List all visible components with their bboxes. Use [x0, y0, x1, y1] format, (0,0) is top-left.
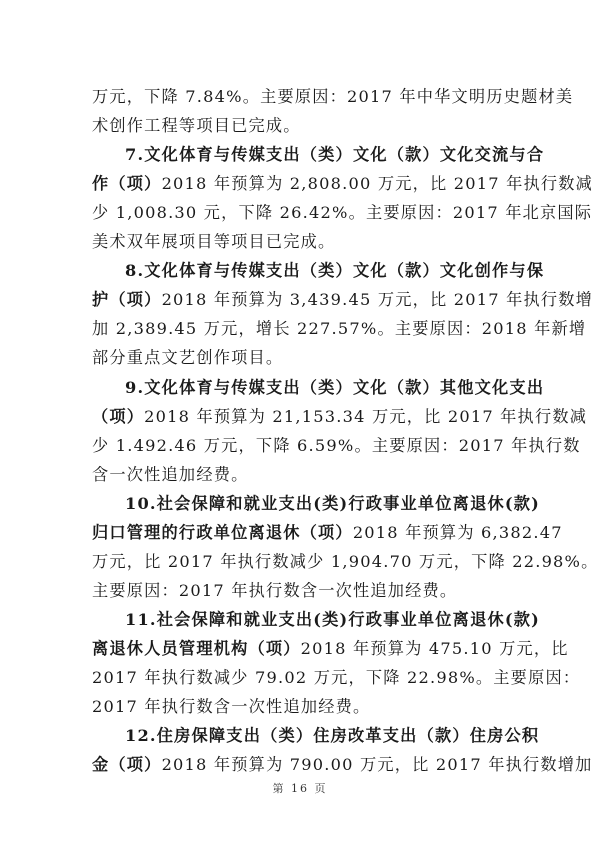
- text-line: 美术双年展项目等项目已完成。: [92, 227, 512, 257]
- heading-segment: （项）: [92, 407, 144, 426]
- text-line: 术创作工程等项目已完成。: [92, 111, 512, 141]
- text-line: 护（项）2018 年预算为 3,439.45 万元，比 2017 年执行数增: [92, 285, 512, 315]
- text-line: 12.住房保障支出（类）住房改革支出（款）住房公积: [125, 721, 512, 751]
- text-line: 含一次性追加经费。: [92, 460, 512, 490]
- body-segment: 加 2,389.45 万元，增长 227.57%。主要原因：2018 年新增: [92, 319, 586, 338]
- body-segment: 2018 年预算为 21,153.34 万元，比 2017 年执行数减: [144, 407, 587, 426]
- text-line: 部分重点文艺创作项目。: [92, 343, 512, 373]
- text-line: 2017 年执行数含一次性追加经费。: [92, 692, 512, 722]
- heading-segment: 归口管理的行政单位离退休（项）: [92, 523, 353, 542]
- page-number: 第 16 页: [0, 780, 600, 796]
- text-line: 归口管理的行政单位离退休（项）2018 年预算为 6,382.47: [92, 518, 512, 548]
- heading-segment: 作（项）: [92, 174, 162, 193]
- text-line: 金（项）2018 年预算为 790.00 万元，比 2017 年执行数增加: [92, 750, 512, 780]
- text-line: 万元，比 2017 年执行数减少 1,904.70 万元，下降 22.98%。: [92, 547, 512, 577]
- text-line: 加 2,389.45 万元，增长 227.57%。主要原因：2018 年新增: [92, 314, 512, 344]
- body-segment: 2018 年预算为 475.10 万元，比: [301, 639, 569, 658]
- body-segment: 万元，下降 7.84%。主要原因：2017 年中华文明历史题材美: [92, 87, 573, 106]
- text-line: 7.文化体育与传媒支出（类）文化（款）文化交流与合: [125, 140, 512, 170]
- text-line: 主要原因：2017 年执行数含一次性追加经费。: [92, 576, 512, 606]
- heading-segment: 7.文化体育与传媒支出（类）文化（款）文化交流与合: [125, 145, 544, 164]
- heading-segment: 金（项）: [92, 755, 162, 774]
- text-line: 少 1,008.30 元，下降 26.42%。主要原因：2017 年北京国际: [92, 198, 512, 228]
- document-page: 万元，下降 7.84%。主要原因：2017 年中华文明历史题材美术创作工程等项目…: [0, 0, 600, 848]
- body-segment: 术创作工程等项目已完成。: [92, 116, 301, 135]
- body-segment: 2018 年预算为 2,808.00 万元，比 2017 年执行数减: [162, 174, 593, 193]
- heading-segment: 11.社会保障和就业支出(类)行政事业单位离退休(款): [125, 610, 540, 629]
- body-segment: 少 1,008.30 元，下降 26.42%。主要原因：2017 年北京国际: [92, 203, 592, 222]
- heading-segment: 离退休人员管理机构（项）: [92, 639, 301, 658]
- text-line: 11.社会保障和就业支出(类)行政事业单位离退休(款): [125, 605, 512, 635]
- heading-segment: 护（项）: [92, 290, 162, 309]
- text-line: 8.文化体育与传媒支出（类）文化（款）文化创作与保: [125, 256, 512, 286]
- body-segment: 主要原因：2017 年执行数含一次性追加经费。: [92, 581, 457, 600]
- heading-segment: 10.社会保障和就业支出(类)行政事业单位离退休(款): [125, 494, 540, 513]
- heading-segment: 12.住房保障支出（类）住房改革支出（款）住房公积: [125, 726, 539, 745]
- body-segment: 2017 年执行数含一次性追加经费。: [92, 697, 370, 716]
- text-line: 少 1.492.46 万元，下降 6.59%。主要原因：2017 年执行数: [92, 431, 512, 461]
- body-segment: 2017 年执行数减少 79.02 万元，下降 22.98%。主要原因：: [92, 668, 580, 687]
- text-line: （项）2018 年预算为 21,153.34 万元，比 2017 年执行数减: [92, 402, 512, 432]
- body-segment: 2018 年预算为 6,382.47: [353, 523, 563, 542]
- body-segment: 部分重点文艺创作项目。: [92, 348, 283, 367]
- text-line: 万元，下降 7.84%。主要原因：2017 年中华文明历史题材美: [92, 82, 512, 112]
- body-segment: 美术双年展项目等项目已完成。: [92, 232, 335, 251]
- text-line: 作（项）2018 年预算为 2,808.00 万元，比 2017 年执行数减: [92, 169, 512, 199]
- heading-segment: 8.文化体育与传媒支出（类）文化（款）文化创作与保: [125, 261, 544, 280]
- body-segment: 含一次性追加经费。: [92, 465, 249, 484]
- text-line: 10.社会保障和就业支出(类)行政事业单位离退休(款): [125, 489, 512, 519]
- text-line: 2017 年执行数减少 79.02 万元，下降 22.98%。主要原因：: [92, 663, 512, 693]
- body-segment: 2018 年预算为 3,439.45 万元，比 2017 年执行数增: [162, 290, 593, 309]
- body-segment: 少 1.492.46 万元，下降 6.59%。主要原因：2017 年执行数: [92, 436, 581, 455]
- body-segment: 2018 年预算为 790.00 万元，比 2017 年执行数增加: [162, 755, 593, 774]
- text-line: 9.文化体育与传媒支出（类）文化（款）其他文化支出: [125, 373, 512, 403]
- text-line: 离退休人员管理机构（项）2018 年预算为 475.10 万元，比: [92, 634, 512, 664]
- heading-segment: 9.文化体育与传媒支出（类）文化（款）其他文化支出: [125, 378, 544, 397]
- body-segment: 万元，比 2017 年执行数减少 1,904.70 万元，下降 22.98%。: [92, 552, 599, 571]
